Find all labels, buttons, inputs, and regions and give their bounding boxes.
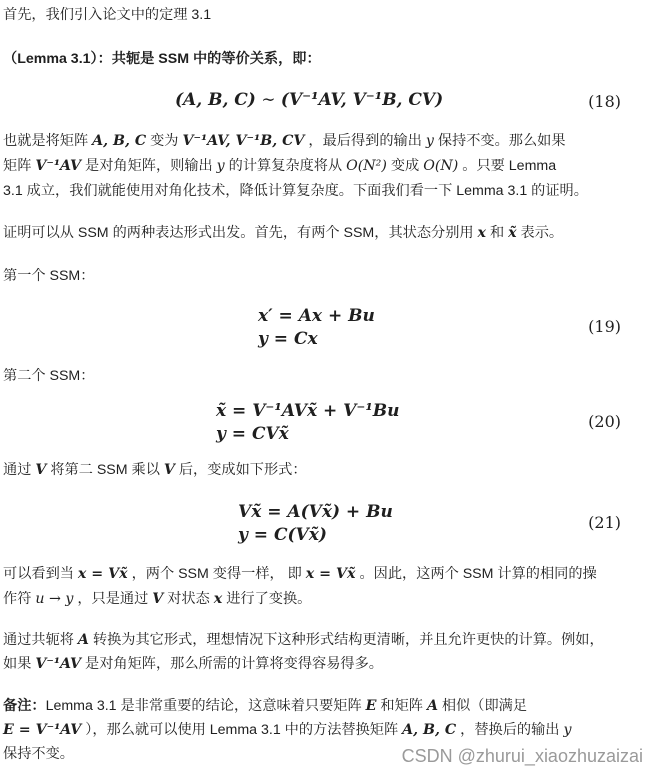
note-line-3: 保持不变。 bbox=[3, 742, 74, 767]
eq21-line-1: Vx̃ = A(Vx̃) + Bu bbox=[238, 501, 393, 524]
note-line-2: E = V⁻¹AV ），那么就可以使用 Lemma 3.1 中的方法替换矩阵 A… bbox=[3, 718, 571, 743]
first-ssm-label: 第一个 SSM： bbox=[3, 264, 94, 289]
equation-19: x′ = Ax + Bu y = Cx bbox=[258, 305, 375, 351]
csdn-watermark: CSDN @zhurui_xiaozhuzaizai bbox=[402, 746, 643, 767]
eq18-rhs: (V⁻¹AV, V⁻¹B, CV) bbox=[281, 90, 443, 110]
eq21-line-2: y = C(Vx̃) bbox=[238, 524, 393, 547]
paragraph-5-line-1: 通过共轭将 A 转换为其它形式，理想情况下这种形式结构更清晰，并且允许更快的计算… bbox=[3, 628, 604, 653]
paragraph-5-line-2: 如果 V⁻¹AV 是对角矩阵，那么所需的计算将变得容易得多。 bbox=[3, 652, 383, 677]
lemma-heading: （Lemma 3.1）：共轭是 SSM 中的等价关系，即： bbox=[3, 47, 321, 72]
eq19-line-1: x′ = Ax + Bu bbox=[258, 305, 375, 328]
paragraph-3: 通过 V 将第二 SSM 乘以 V 后，变成如下形式： bbox=[3, 458, 307, 483]
eq19-line-2: y = Cx bbox=[258, 328, 375, 351]
equation-20: x̃ = V⁻¹AVx̃ + V⁻¹Bu y = CVx̃ bbox=[216, 400, 400, 446]
equation-number-19: (19) bbox=[588, 317, 621, 336]
paragraph-1-line-3: 3.1 成立，我们就能使用对角化技术，降低计算复杂度。下面我们看一下 Lemma… bbox=[3, 179, 588, 204]
note-line-1: 备注：Lemma 3.1 是非常重要的结论，这意味着只要矩阵 E 和矩阵 A 相… bbox=[3, 694, 527, 719]
equation-number-20: (20) bbox=[588, 412, 621, 431]
equation-21: Vx̃ = A(Vx̃) + Bu y = C(Vx̃) bbox=[238, 501, 393, 547]
paragraph-4-line-2: 作符 u → y ，只是通过 V 对状态 x 进行了变换。 bbox=[3, 587, 311, 612]
intro-text: 首先，我们引入论文中的定理 3.1 bbox=[3, 3, 211, 28]
paragraph-1-line-1: 也就是将矩阵 A, B, C 变为 V⁻¹AV, V⁻¹B, CV ，最后得到的… bbox=[3, 129, 566, 154]
paragraph-2: 证明可以从 SSM 的两种表达形式出发。首先，有两个 SSM，其状态分别用 x … bbox=[3, 221, 563, 246]
equation-number-21: (21) bbox=[588, 513, 621, 532]
second-ssm-label: 第二个 SSM： bbox=[3, 364, 94, 389]
paragraph-4-line-1: 可以看到当 x = Vx̃ ，两个 SSM 变得一样， 即 x = Vx̃ 。因… bbox=[3, 562, 597, 587]
equation-18: (A, B, C) ∼ (V⁻¹AV, V⁻¹B, CV) bbox=[175, 90, 443, 110]
eq20-line-2: y = CVx̃ bbox=[216, 423, 400, 446]
paragraph-1-line-2: 矩阵 V⁻¹AV 是对角矩阵，则输出 y 的计算复杂度将从 O(N²) 变成 O… bbox=[3, 154, 556, 179]
note-label: 备注： bbox=[3, 698, 46, 714]
eq20-line-1: x̃ = V⁻¹AVx̃ + V⁻¹Bu bbox=[216, 400, 400, 423]
equation-number-18: (18) bbox=[588, 92, 621, 111]
eq18-lhs: (A, B, C) bbox=[175, 90, 256, 110]
eq18-op: ∼ bbox=[261, 90, 275, 110]
